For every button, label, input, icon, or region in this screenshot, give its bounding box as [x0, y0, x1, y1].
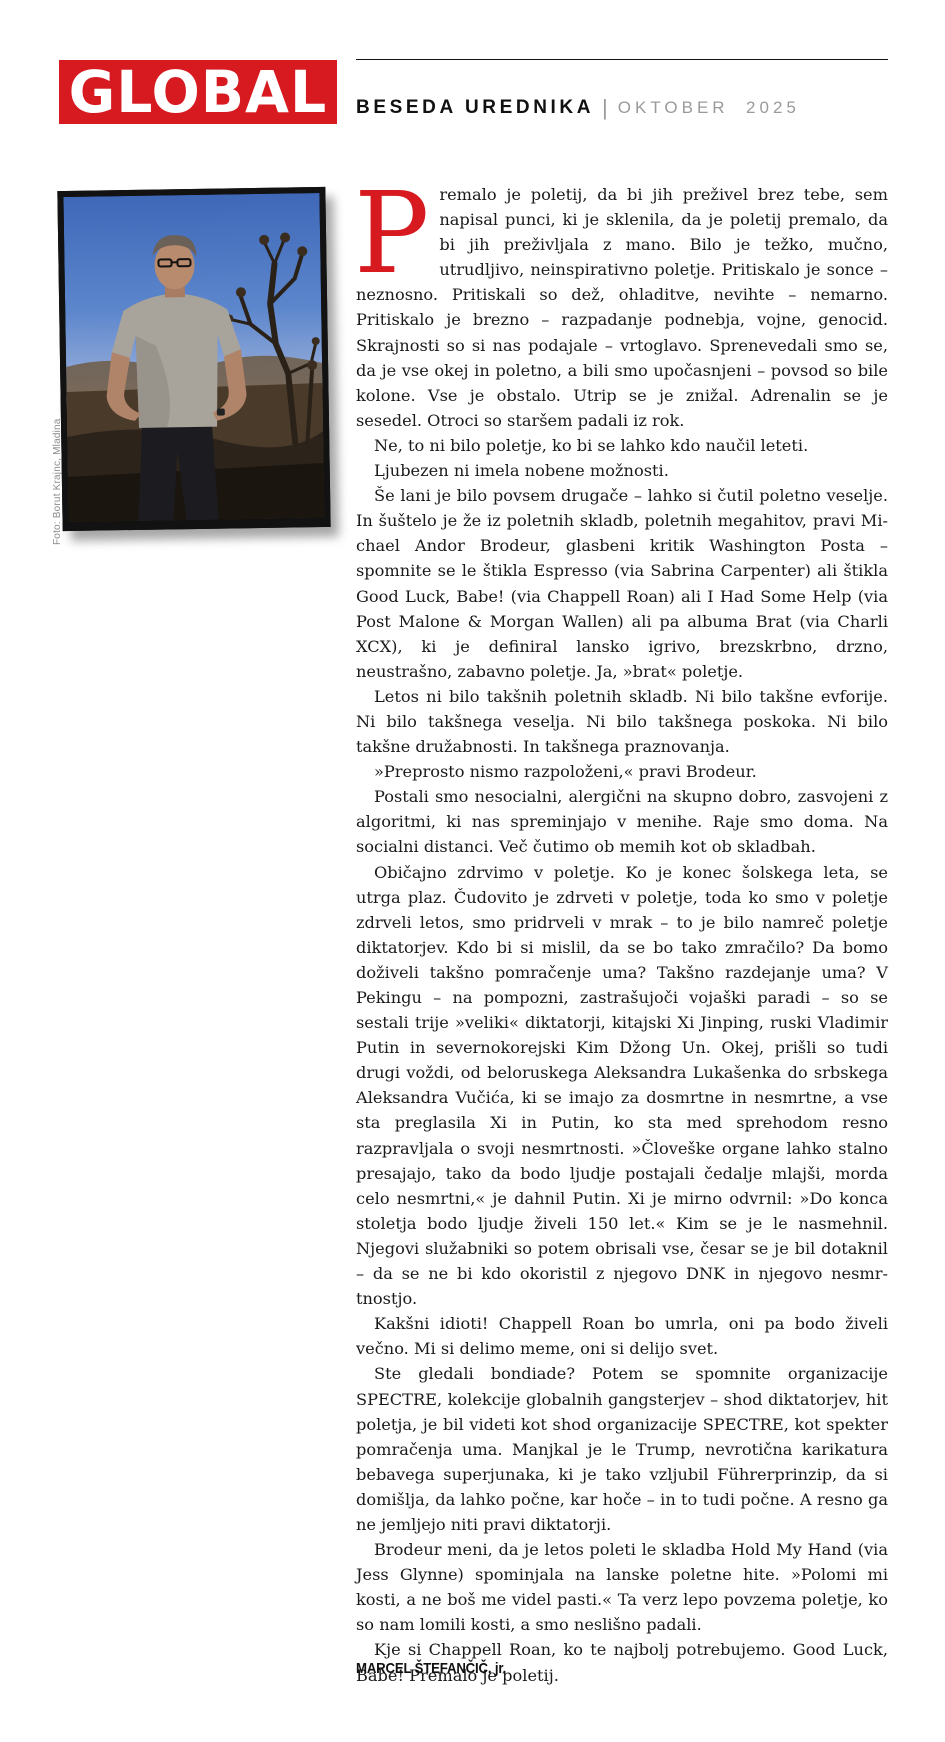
editorial-article: Premalo je poletij, da bi jih preživel b…: [356, 182, 888, 1688]
article-paragraph: Še lani je bilo povsem drugače – lahko s…: [356, 483, 888, 684]
article-paragraph: Letos ni bilo takšnih poletnih skladb. N…: [356, 684, 888, 759]
header-separator: |: [602, 97, 608, 119]
photo-credit: Foto: Borut Krajnc, Mladina: [52, 418, 63, 545]
global-masthead-logo: GLOBAL: [59, 60, 337, 124]
section-header: BESEDA UREDNIKA | OKTOBER 2025: [356, 97, 800, 119]
article-paragraph: Kakšni idioti! Chappell Roan bo umrla, o…: [356, 1311, 888, 1361]
photo-frame: [57, 187, 330, 531]
issue-date: OKTOBER 2025: [618, 98, 800, 118]
portrait-illustration-icon: [63, 193, 324, 522]
article-paragraph: Ste gledali bondiade? Potem se spomnite …: [356, 1361, 888, 1537]
article-paragraph: Brodeur meni, da je letos poleti le skla…: [356, 1537, 888, 1637]
brand-name: GLOBAL: [69, 63, 328, 121]
paragraph-text: remalo je poletij, da bi jih preživel br…: [356, 185, 888, 430]
photo-image: [63, 193, 324, 522]
author-byline: MARCEL ŠTEFANČIČ, jr.: [356, 1660, 506, 1677]
article-paragraph: Ljubezen ni imela nobene možnosti.: [356, 458, 888, 483]
article-paragraph: Postali smo nesocialni, alergični na sku…: [356, 784, 888, 859]
drop-cap: P: [354, 190, 429, 282]
section-title: BESEDA UREDNIKA: [356, 97, 594, 119]
author-photo: [57, 187, 330, 531]
article-paragraph: Ne, to ni bilo poletje, ko bi se lahko k…: [356, 433, 888, 458]
article-paragraph: Običajno zdrvimo v poletje. Ko je konec …: [356, 860, 888, 1312]
article-paragraph: Premalo je poletij, da bi jih preživel b…: [356, 182, 888, 433]
header-top-rule: [356, 59, 888, 60]
article-paragraph: »Preprosto nismo razpoloženi,« pravi Bro…: [356, 759, 888, 784]
